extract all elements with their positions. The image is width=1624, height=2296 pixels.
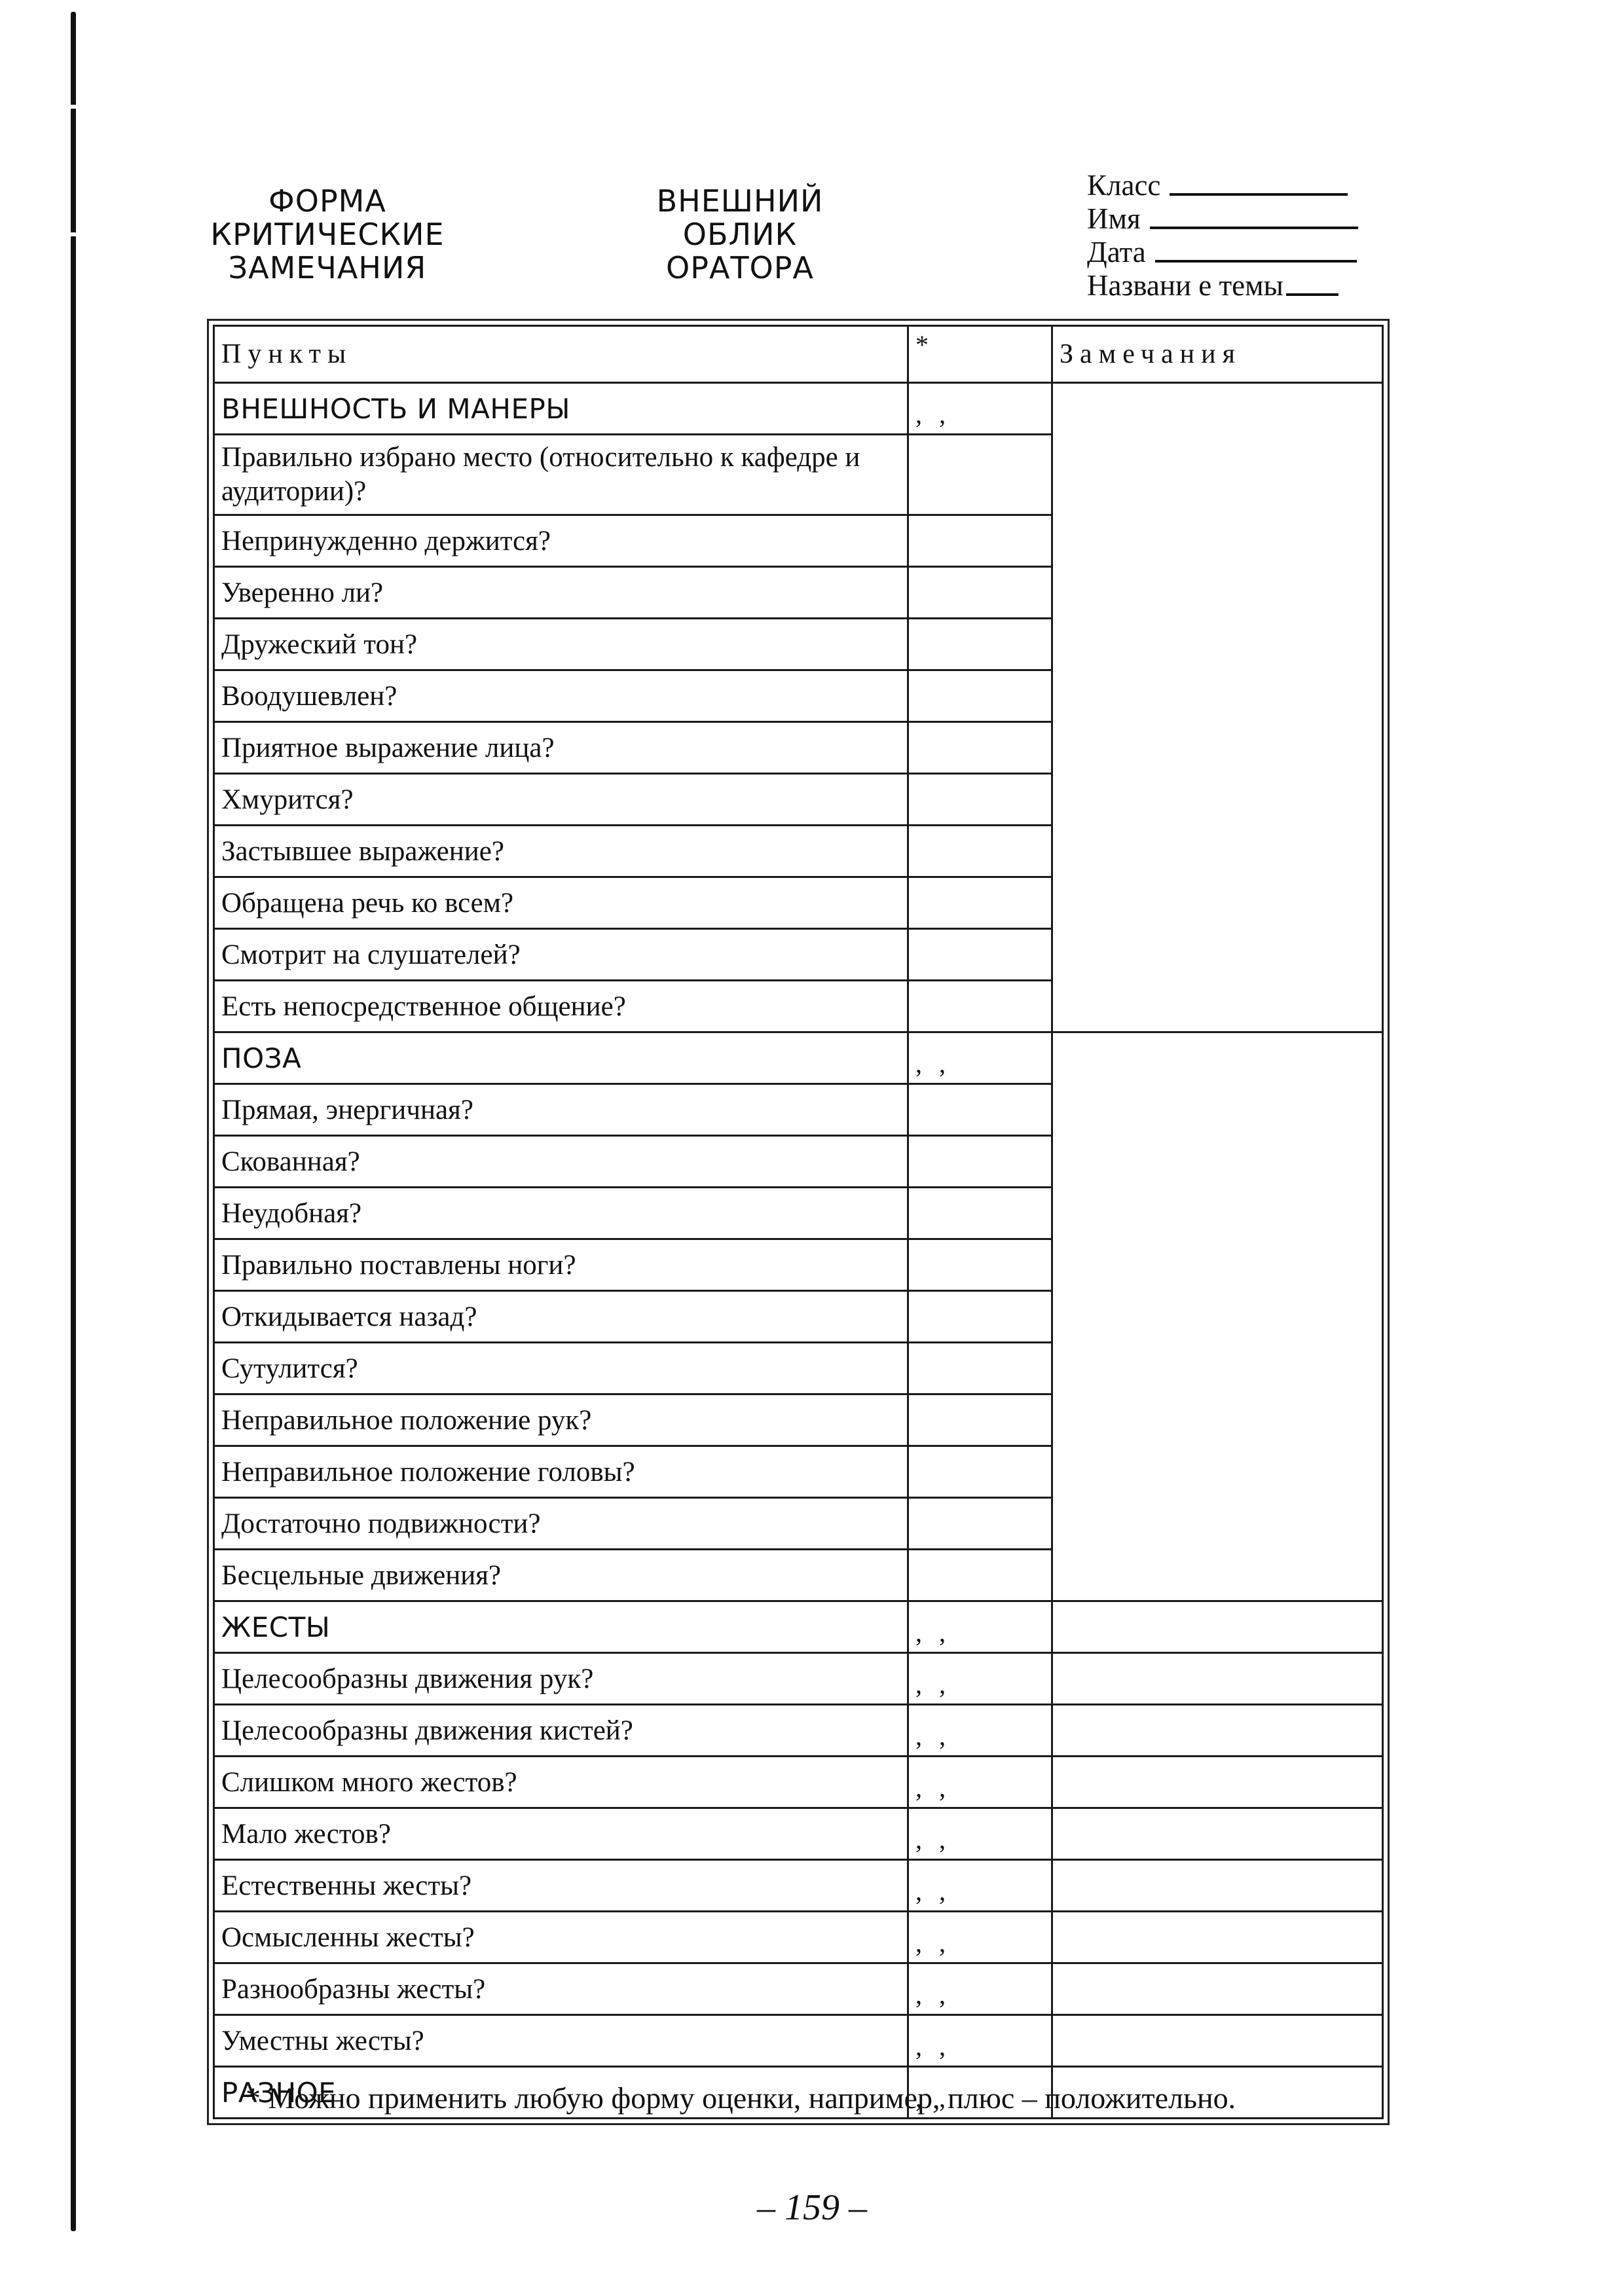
rating-cell[interactable] bbox=[908, 826, 1052, 877]
table-row: Мало жестов?, , bbox=[214, 1808, 1383, 1860]
criterion-label: Бесцельные движения? bbox=[214, 1550, 908, 1601]
rating-cell[interactable] bbox=[908, 670, 1052, 722]
comment-cell[interactable] bbox=[1052, 1912, 1383, 1963]
rating-cell[interactable] bbox=[908, 929, 1052, 981]
spine-nick bbox=[68, 232, 79, 236]
table-row: Уместны жесты?, , bbox=[214, 2015, 1383, 2067]
name-field-line[interactable] bbox=[1150, 227, 1358, 229]
criterion-label: Застывшее выражение? bbox=[214, 826, 908, 877]
criterion-label: Мало жестов? bbox=[214, 1808, 908, 1860]
criterion-label: Непринужденно держится? bbox=[214, 515, 908, 567]
section-row: ЖЕСТЫ, , bbox=[214, 1601, 1383, 1653]
criterion-label: Уверенно ли? bbox=[214, 567, 908, 619]
criterion-label: Обращена речь ко всем? bbox=[214, 877, 908, 929]
rating-cell[interactable] bbox=[908, 1239, 1052, 1291]
rating-cell[interactable]: , , bbox=[908, 1757, 1052, 1808]
rating-cell[interactable] bbox=[908, 1550, 1052, 1601]
table-row: Целесообразны движения кистей?, , bbox=[214, 1705, 1383, 1757]
rating-cell[interactable] bbox=[908, 981, 1052, 1032]
criterion-label: Осмысленны жесты? bbox=[214, 1912, 908, 1963]
date-field-line[interactable] bbox=[1155, 260, 1357, 263]
rating-cell[interactable]: , , bbox=[908, 1860, 1052, 1912]
table-row: Слишком много жестов?, , bbox=[214, 1757, 1383, 1808]
criterion-label: Неудобная? bbox=[214, 1188, 908, 1239]
class-field[interactable]: Класс bbox=[1087, 169, 1388, 202]
comment-cell[interactable] bbox=[1052, 1032, 1383, 1601]
footnote: * Можно применить любую форму оценки, на… bbox=[193, 2079, 1372, 2118]
section-row: ПОЗА, , bbox=[214, 1032, 1383, 1084]
page-number: – 159 – bbox=[0, 2187, 1624, 2229]
rating-cell[interactable] bbox=[908, 1291, 1052, 1343]
comment-cell[interactable] bbox=[1052, 1653, 1383, 1705]
section-title: ПОЗА bbox=[214, 1032, 908, 1084]
table-row: Естественны жесты?, , bbox=[214, 1860, 1383, 1912]
rating-cell[interactable] bbox=[908, 515, 1052, 567]
rating-cell[interactable] bbox=[908, 722, 1052, 774]
criterion-label: Естественны жесты? bbox=[214, 1860, 908, 1912]
section-title: ВНЕШНОСТЬ И МАНЕРЫ bbox=[214, 383, 908, 435]
comment-cell[interactable] bbox=[1052, 1860, 1383, 1912]
rating-cell[interactable]: , , bbox=[908, 1963, 1052, 2015]
comment-cell[interactable] bbox=[1052, 1705, 1383, 1757]
rating-cell[interactable]: , , bbox=[908, 2015, 1052, 2067]
rating-cell[interactable] bbox=[908, 435, 1052, 515]
criterion-label: Воодушевлен? bbox=[214, 670, 908, 722]
criterion-label: Хмурится? bbox=[214, 774, 908, 826]
rating-cell[interactable] bbox=[908, 1343, 1052, 1394]
section-title: ЖЕСТЫ bbox=[214, 1601, 908, 1653]
rating-cell[interactable] bbox=[908, 1136, 1052, 1188]
date-field[interactable]: Дата bbox=[1087, 236, 1388, 269]
class-field-line[interactable] bbox=[1170, 193, 1348, 196]
criterion-label: Скованная? bbox=[214, 1136, 908, 1188]
criterion-label: Слишком много жестов? bbox=[214, 1757, 908, 1808]
criterion-label: Целесообразны движения рук? bbox=[214, 1653, 908, 1705]
comment-cell[interactable] bbox=[1052, 2015, 1383, 2067]
comment-cell[interactable] bbox=[1052, 1963, 1383, 2015]
topic-field[interactable]: Названи е темы bbox=[1087, 269, 1388, 302]
comment-cell[interactable] bbox=[1052, 1808, 1383, 1860]
criterion-label: Откидывается назад? bbox=[214, 1291, 908, 1343]
rating-cell[interactable] bbox=[908, 1188, 1052, 1239]
rating-cell[interactable] bbox=[908, 1498, 1052, 1550]
form-title: ВНЕШНИЙ ОБЛИК ОРАТОРА bbox=[589, 185, 891, 285]
criterion-label: Правильно поставлены ноги? bbox=[214, 1239, 908, 1291]
criterion-label: Неправильное положение рук? bbox=[214, 1394, 908, 1446]
column-header-mark: * bbox=[908, 326, 1052, 383]
criterion-label: Смотрит на слушателей? bbox=[214, 929, 908, 981]
criterion-label: Есть непосредственное общение? bbox=[214, 981, 908, 1032]
criterion-label: Уместны жесты? bbox=[214, 2015, 908, 2067]
criterion-label: Сутулится? bbox=[214, 1343, 908, 1394]
table-header-row: Пункты * Замечания bbox=[214, 326, 1383, 383]
rating-cell[interactable] bbox=[908, 1394, 1052, 1446]
table-row: Целесообразны движения рук?, , bbox=[214, 1653, 1383, 1705]
section-row: ВНЕШНОСТЬ И МАНЕРЫ, , bbox=[214, 383, 1383, 435]
comment-cell[interactable] bbox=[1052, 1757, 1383, 1808]
rating-cell[interactable]: , , bbox=[908, 1808, 1052, 1860]
criterion-label: Разнообразны жесты? bbox=[214, 1963, 908, 2015]
comment-cell[interactable] bbox=[1052, 383, 1383, 1032]
criterion-label: Достаточно подвижности? bbox=[214, 1498, 908, 1550]
name-field[interactable]: Имя bbox=[1087, 202, 1388, 236]
rating-cell[interactable] bbox=[908, 877, 1052, 929]
criterion-label: Дружеский тон? bbox=[214, 619, 908, 670]
column-header-notes: Замечания bbox=[1052, 326, 1383, 383]
spine-nick bbox=[68, 105, 79, 109]
criterion-label: Целесообразны движения кистей? bbox=[214, 1705, 908, 1757]
rating-cell[interactable] bbox=[908, 774, 1052, 826]
rating-cell[interactable]: , , bbox=[908, 383, 1052, 435]
rating-cell[interactable] bbox=[908, 1446, 1052, 1498]
table-row: Осмысленны жесты?, , bbox=[214, 1912, 1383, 1963]
student-info-fields: Класс Имя Дата Названи е темы bbox=[1087, 169, 1388, 302]
evaluation-table: Пункты * Замечания ВНЕШНОСТЬ И МАНЕРЫ, ,… bbox=[213, 325, 1384, 2119]
topic-field-line[interactable] bbox=[1286, 293, 1338, 296]
column-header-items: Пункты bbox=[214, 326, 908, 383]
rating-cell[interactable]: , , bbox=[908, 1653, 1052, 1705]
criterion-label: Приятное выражение лица? bbox=[214, 722, 908, 774]
rating-cell[interactable]: , , bbox=[908, 1705, 1052, 1757]
criterion-label: Правильно избрано место (относительно к … bbox=[214, 435, 908, 515]
form-type-heading: ФОРМА КРИТИЧЕСКИЕ ЗАМЕЧАНИЯ bbox=[196, 185, 458, 285]
rating-cell[interactable] bbox=[908, 619, 1052, 670]
rating-cell[interactable] bbox=[908, 567, 1052, 619]
table-row: Разнообразны жесты?, , bbox=[214, 1963, 1383, 2015]
rating-cell[interactable]: , , bbox=[908, 1601, 1052, 1653]
rating-cell[interactable] bbox=[908, 1084, 1052, 1136]
criterion-label: Неправильное положение головы? bbox=[214, 1446, 908, 1498]
book-spine-edge bbox=[71, 12, 76, 2231]
rating-cell[interactable]: , , bbox=[908, 1912, 1052, 1963]
comment-cell[interactable] bbox=[1052, 1601, 1383, 1653]
rating-cell[interactable]: , , bbox=[908, 1032, 1052, 1084]
criterion-label: Прямая, энергичная? bbox=[214, 1084, 908, 1136]
